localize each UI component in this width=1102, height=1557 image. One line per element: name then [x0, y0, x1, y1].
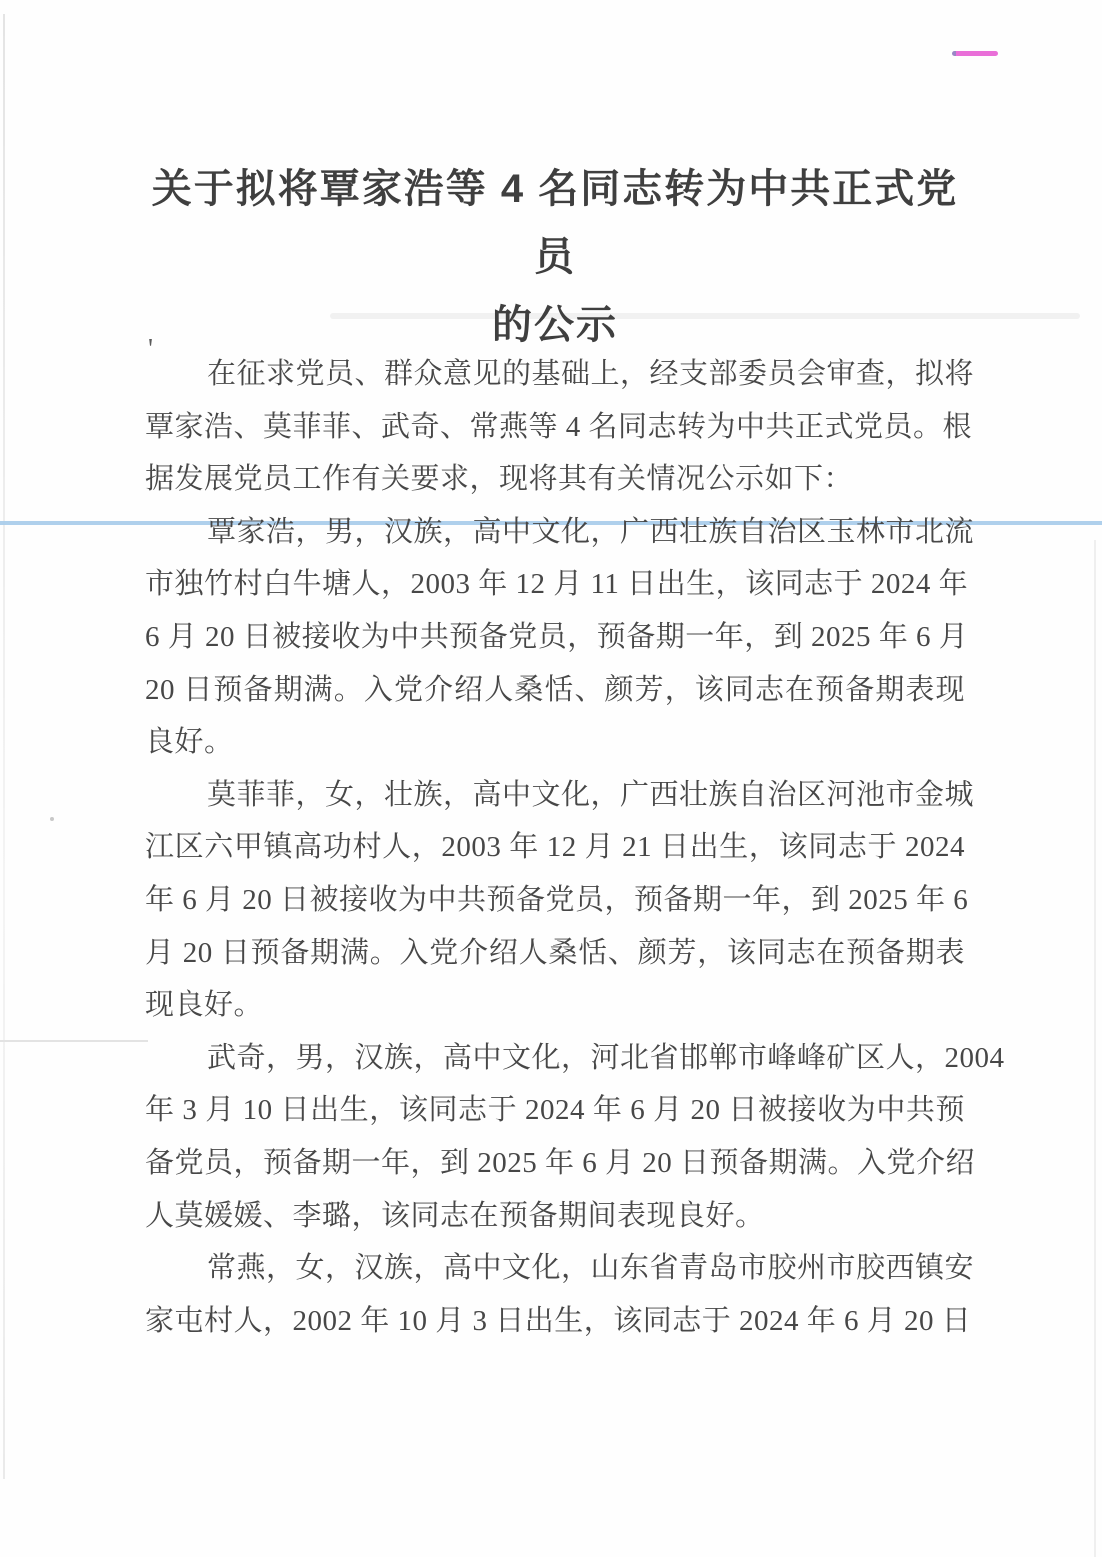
paragraph-member-1-line-2: 市独竹村白牛塘人，2003 年 12 月 11 日出生，该同志于 2024 年 [145, 558, 965, 611]
faint-scan-line [0, 1040, 148, 1042]
paragraph-member-1-line-1: 覃家浩，男，汉族，高中文化，广西壮族自治区玉林市北流 [145, 506, 965, 559]
page-right-edge-shadow [1094, 540, 1096, 1557]
paragraph-member-1-line-3: 6 月 20 日被接收为中共预备党员，预备期一年，到 2025 年 6 月 [145, 611, 965, 664]
page-left-edge-shadow [3, 14, 5, 1479]
document-title-line1: 关于拟将覃家浩等 4 名同志转为中共正式党员 [138, 155, 972, 291]
paragraph-member-1-line-4: 20 日预备期满。入党介绍人桑恬、颜芳，该同志在预备期表现 [145, 664, 965, 717]
paragraph-intro-line-3: 据发展党员工作有关要求，现将其有关情况公示如下： [145, 453, 965, 506]
paragraph-member-1-line-5: 良好。 [145, 716, 965, 769]
paragraph-intro-line-1: 在征求党员、群众意见的基础上，经支部委员会审查，拟将 [145, 348, 965, 401]
paragraph-member-2-line-4: 月 20 日预备期满。入党介绍人桑恬、颜芳，该同志在预备期表 [145, 927, 965, 980]
paragraph-member-3-line-2: 年 3 月 10 日出生，该同志于 2024 年 6 月 20 日被接收为中共预 [145, 1084, 965, 1137]
paragraph-member-3-line-4: 人莫媛媛、李璐，该同志在预备期间表现良好。 [145, 1190, 965, 1243]
pink-highlight-mark [952, 51, 998, 56]
document-title: 关于拟将覃家浩等 4 名同志转为中共正式党员 的公示 [138, 155, 972, 359]
scanned-document-page: 关于拟将覃家浩等 4 名同志转为中共正式党员 的公示 ' 在征求党员、群众意见的… [0, 0, 1102, 1557]
paragraph-member-2-line-2: 江区六甲镇高功村人，2003 年 12 月 21 日出生，该同志于 2024 [145, 821, 965, 874]
scan-speck [50, 817, 54, 821]
document-body: 在征求党员、群众意见的基础上，经支部委员会审查，拟将覃家浩、莫菲菲、武奇、常燕等… [145, 348, 965, 1347]
paragraph-member-4-line-1: 常燕，女，汉族，高中文化，山东省青岛市胶州市胶西镇安 [145, 1242, 965, 1295]
paragraph-member-2-line-1: 莫菲菲，女，壮族，高中文化，广西壮族自治区河池市金城 [145, 769, 965, 822]
paragraph-member-2-line-5: 现良好。 [145, 979, 965, 1032]
paragraph-member-3-line-3: 备党员，预备期一年，到 2025 年 6 月 20 日预备期满。入党介绍 [145, 1137, 965, 1190]
paragraph-member-4-line-2: 家屯村人，2002 年 10 月 3 日出生，该同志于 2024 年 6 月 2… [145, 1295, 965, 1348]
paragraph-member-2-line-3: 年 6 月 20 日被接收为中共预备党员，预备期一年，到 2025 年 6 [145, 874, 965, 927]
paragraph-member-3-line-1: 武奇，男，汉族，高中文化，河北省邯郸市峰峰矿区人，2004 [145, 1032, 965, 1085]
paragraph-intro-line-2: 覃家浩、莫菲菲、武奇、常燕等 4 名同志转为中共正式党员。根 [145, 401, 965, 454]
